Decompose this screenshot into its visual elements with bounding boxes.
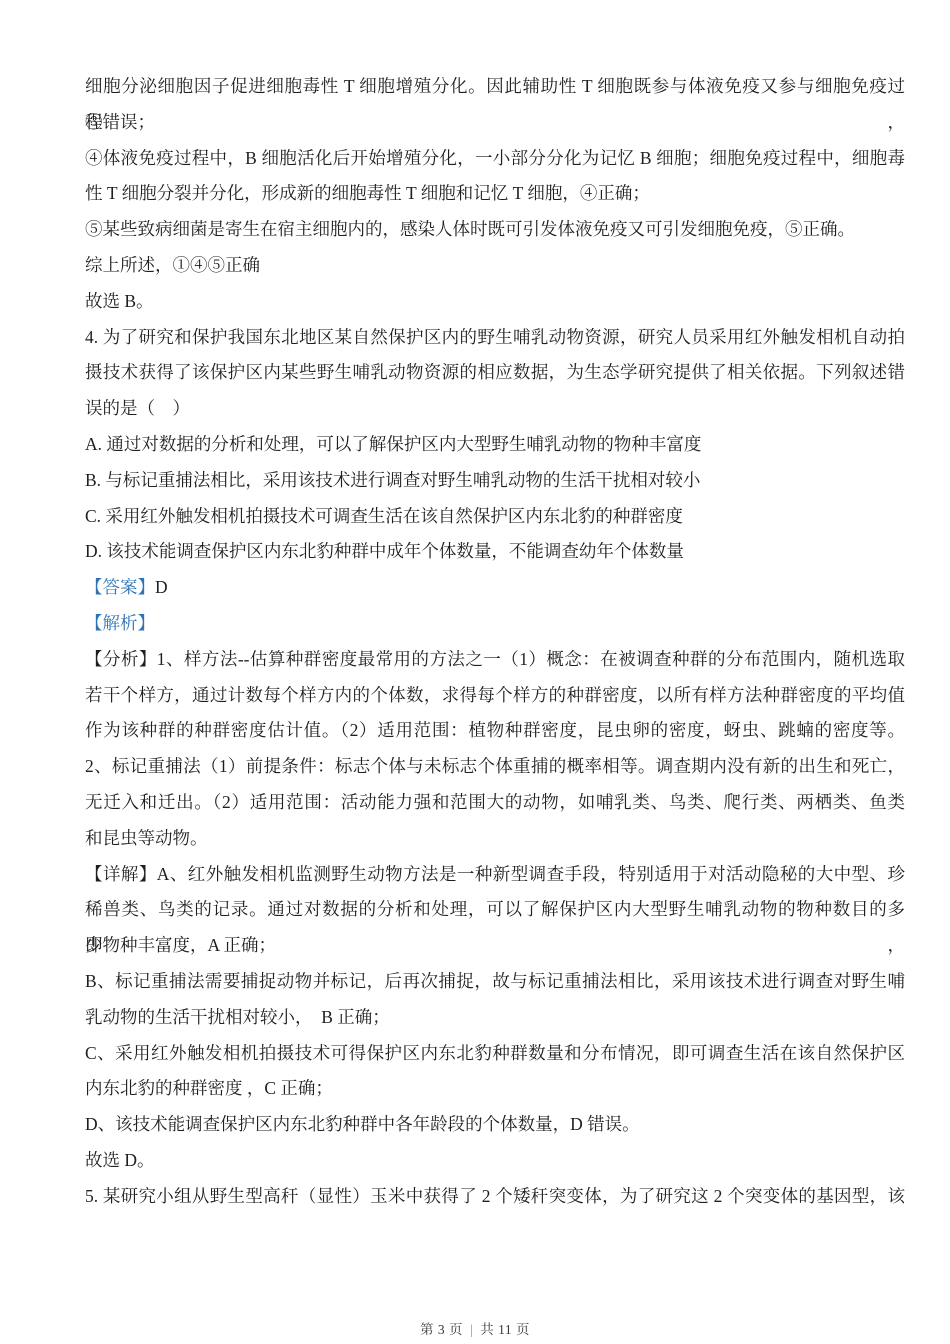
doc-line: C、采用红外触发相机拍摄技术可得保护区内东北豹种群数量和分布情况，即可调查生活在… bbox=[85, 1036, 905, 1072]
text-segment: 细胞分泌细胞因子促进细胞毒性 T 细胞增殖分化。因此辅助性 T 细胞既参与体液免… bbox=[85, 76, 905, 132]
doc-line: D. 该技术能调查保护区内东北豹种群中成年个体数量，不能调查幼年个体数量 bbox=[85, 534, 905, 570]
text-segment: 5. 某研究小组从野生型高秆（显性）玉米中获得了 2 个矮秆突变体，为了研究这 … bbox=[85, 1186, 905, 1206]
doc-line: 性 T 细胞分裂并分化，形成新的细胞毒性 T 细胞和记忆 T 细胞，④正确； bbox=[85, 176, 905, 212]
text-segment: ③错误； bbox=[85, 112, 155, 132]
footer-page-total: 共 11 页 bbox=[480, 1322, 530, 1337]
doc-line: 2、标记重捕法（1）前提条件：标志个体与未标志个体重捕的概率相等。调查期内没有新… bbox=[85, 749, 905, 785]
text-segment: ⑤某些致病细菌是寄生在宿主细胞内的，感染人体时既可引发体液免疫又可引发细胞免疫，… bbox=[85, 219, 855, 239]
doc-line: 细胞分泌细胞因子促进细胞毒性 T 细胞增殖分化。因此辅助性 T 细胞既参与体液免… bbox=[85, 69, 905, 105]
text-segment: 2、标记重捕法（1）前提条件：标志个体与未标志个体重捕的概率相等。调查期内没有新… bbox=[85, 756, 905, 776]
text-segment: 内东北豹的种群密度 ，C 正确； bbox=[85, 1078, 333, 1098]
doc-line: 故选 B。 bbox=[85, 284, 905, 320]
doc-line: 乳动物的生活干扰相对较小， B 正确； bbox=[85, 1000, 905, 1036]
page-footer: 第 3 页|共 11 页 bbox=[0, 1318, 950, 1342]
doc-line: 【分析】1、样方法--估算种群密度最常用的方法之一（1）概念：在被调查种群的分布… bbox=[85, 642, 905, 678]
footer-separator: | bbox=[470, 1322, 473, 1337]
doc-line: C. 采用红外触发相机拍摄技术可调查生活在该自然保护区内东北豹的种群密度 bbox=[85, 499, 905, 535]
doc-line: 内东北豹的种群密度 ，C 正确； bbox=[85, 1071, 905, 1107]
doc-line: A. 通过对数据的分析和处理，可以了解保护区内大型野生哺乳动物的物种丰富度 bbox=[85, 427, 905, 463]
doc-line: 【答案】D bbox=[85, 570, 905, 606]
text-segment: ④体液免疫过程中，B 细胞活化后开始增殖分化，一小部分分化为记忆 B 细胞；细胞… bbox=[85, 148, 905, 168]
doc-line: 无迁入和迁出。（2）适用范围：活动能力强和范围大的动物，如哺乳类、鸟类、爬行类、… bbox=[85, 785, 905, 821]
text-segment: 即物种丰富度，A 正确； bbox=[85, 935, 276, 955]
text-segment: 作为该种群的种群密度估计值。（2）适用范围：植物种群密度，昆虫卵的密度，蚜虫、跳… bbox=[85, 720, 905, 740]
doc-line: 综上所述，①④⑤正确 bbox=[85, 248, 905, 284]
text-segment: C、采用红外触发相机拍摄技术可得保护区内东北豹种群数量和分布情况，即可调查生活在… bbox=[85, 1043, 905, 1063]
doc-line: B、标记重捕法需要捕捉动物并标记，后再次捕捉，故与标记重捕法相比，采用该技术进行… bbox=[85, 964, 905, 1000]
document-body: 细胞分泌细胞因子促进细胞毒性 T 细胞增殖分化。因此辅助性 T 细胞既参与体液免… bbox=[85, 69, 905, 1215]
text-segment: 故选 D。 bbox=[85, 1150, 155, 1170]
footer-page-number: 第 3 页 bbox=[420, 1322, 463, 1337]
doc-line: 稀兽类、鸟类的记录。通过对数据的分析和处理，可以了解保护区内大型野生哺乳动物的物… bbox=[85, 892, 905, 928]
text-segment: 摄技术获得了该保护区内某些野生哺乳动物资源的相应数据，为生态学研究提供了相关依据… bbox=[85, 362, 905, 382]
doc-line: 作为该种群的种群密度估计值。（2）适用范围：植物种群密度，昆虫卵的密度，蚜虫、跳… bbox=[85, 713, 905, 749]
doc-line: 【解析】 bbox=[85, 606, 905, 642]
text-segment: 【分析】1、样方法--估算种群密度最常用的方法之一（1）概念：在被调查种群的分布… bbox=[85, 649, 905, 669]
doc-line: 【详解】A、红外触发相机监测野生动物方法是一种新型调查手段，特别适用于对活动隐秘… bbox=[85, 857, 905, 893]
text-segment: D bbox=[155, 577, 168, 597]
text-segment: 【详解】A、红外触发相机监测野生动物方法是一种新型调查手段，特别适用于对活动隐秘… bbox=[85, 864, 905, 884]
doc-line: 和昆虫等动物。 bbox=[85, 821, 905, 857]
text-segment: 误的是（ ） bbox=[85, 398, 190, 418]
text-segment: 综上所述，①④⑤正确 bbox=[85, 255, 260, 275]
text-segment: 故选 B。 bbox=[85, 291, 154, 311]
text-segment: 若干个样方，通过计数每个样方内的个体数，求得每个样方的种群密度，以所有样方法种群… bbox=[85, 685, 905, 705]
text-segment: D. 该技术能调查保护区内东北豹种群中成年个体数量，不能调查幼年个体数量 bbox=[85, 541, 684, 561]
doc-line: 摄技术获得了该保护区内某些野生哺乳动物资源的相应数据，为生态学研究提供了相关依据… bbox=[85, 355, 905, 391]
doc-line: ⑤某些致病细菌是寄生在宿主细胞内的，感染人体时既可引发体液免疫又可引发细胞免疫，… bbox=[85, 212, 905, 248]
doc-line: 故选 D。 bbox=[85, 1143, 905, 1179]
doc-line: ④体液免疫过程中，B 细胞活化后开始增殖分化，一小部分分化为记忆 B 细胞；细胞… bbox=[85, 141, 905, 177]
doc-line: D、该技术能调查保护区内东北豹种群中各年龄段的个体数量，D 错误。 bbox=[85, 1107, 905, 1143]
doc-line: 若干个样方，通过计数每个样方内的个体数，求得每个样方的种群密度，以所有样方法种群… bbox=[85, 678, 905, 714]
text-segment: A. 通过对数据的分析和处理，可以了解保护区内大型野生哺乳动物的物种丰富度 bbox=[85, 434, 701, 454]
doc-line: B. 与标记重捕法相比，采用该技术进行调查对野生哺乳动物的生活干扰相对较小 bbox=[85, 463, 905, 499]
text-segment: 无迁入和迁出。（2）适用范围：活动能力强和范围大的动物，如哺乳类、鸟类、爬行类、… bbox=[85, 792, 905, 812]
text-segment: 和昆虫等动物。 bbox=[85, 828, 208, 848]
text-segment: B. 与标记重捕法相比，采用该技术进行调查对野生哺乳动物的生活干扰相对较小 bbox=[85, 470, 700, 490]
section-label: 【解析】 bbox=[85, 613, 155, 633]
text-segment: D、该技术能调查保护区内东北豹种群中各年龄段的个体数量，D 错误。 bbox=[85, 1114, 640, 1134]
text-segment: B、标记重捕法需要捕捉动物并标记，后再次捕捉，故与标记重捕法相比，采用该技术进行… bbox=[85, 971, 905, 991]
document-page: { "meta": { "page_width": 950, "page_hei… bbox=[0, 0, 950, 1344]
doc-line: 5. 某研究小组从野生型高秆（显性）玉米中获得了 2 个矮秆突变体，为了研究这 … bbox=[85, 1179, 905, 1215]
text-segment: 性 T 细胞分裂并分化，形成新的细胞毒性 T 细胞和记忆 T 细胞，④正确； bbox=[85, 183, 650, 203]
text-segment: 4. 为了研究和保护我国东北地区某自然保护区内的野生哺乳动物资源，研究人员采用红… bbox=[85, 327, 905, 347]
doc-line: 4. 为了研究和保护我国东北地区某自然保护区内的野生哺乳动物资源，研究人员采用红… bbox=[85, 320, 905, 356]
section-label: 【答案】 bbox=[85, 577, 155, 597]
text-segment: 乳动物的生活干扰相对较小， B 正确； bbox=[85, 1007, 390, 1027]
text-segment: C. 采用红外触发相机拍摄技术可调查生活在该自然保护区内东北豹的种群密度 bbox=[85, 506, 683, 526]
doc-line: 误的是（ ） bbox=[85, 391, 905, 427]
